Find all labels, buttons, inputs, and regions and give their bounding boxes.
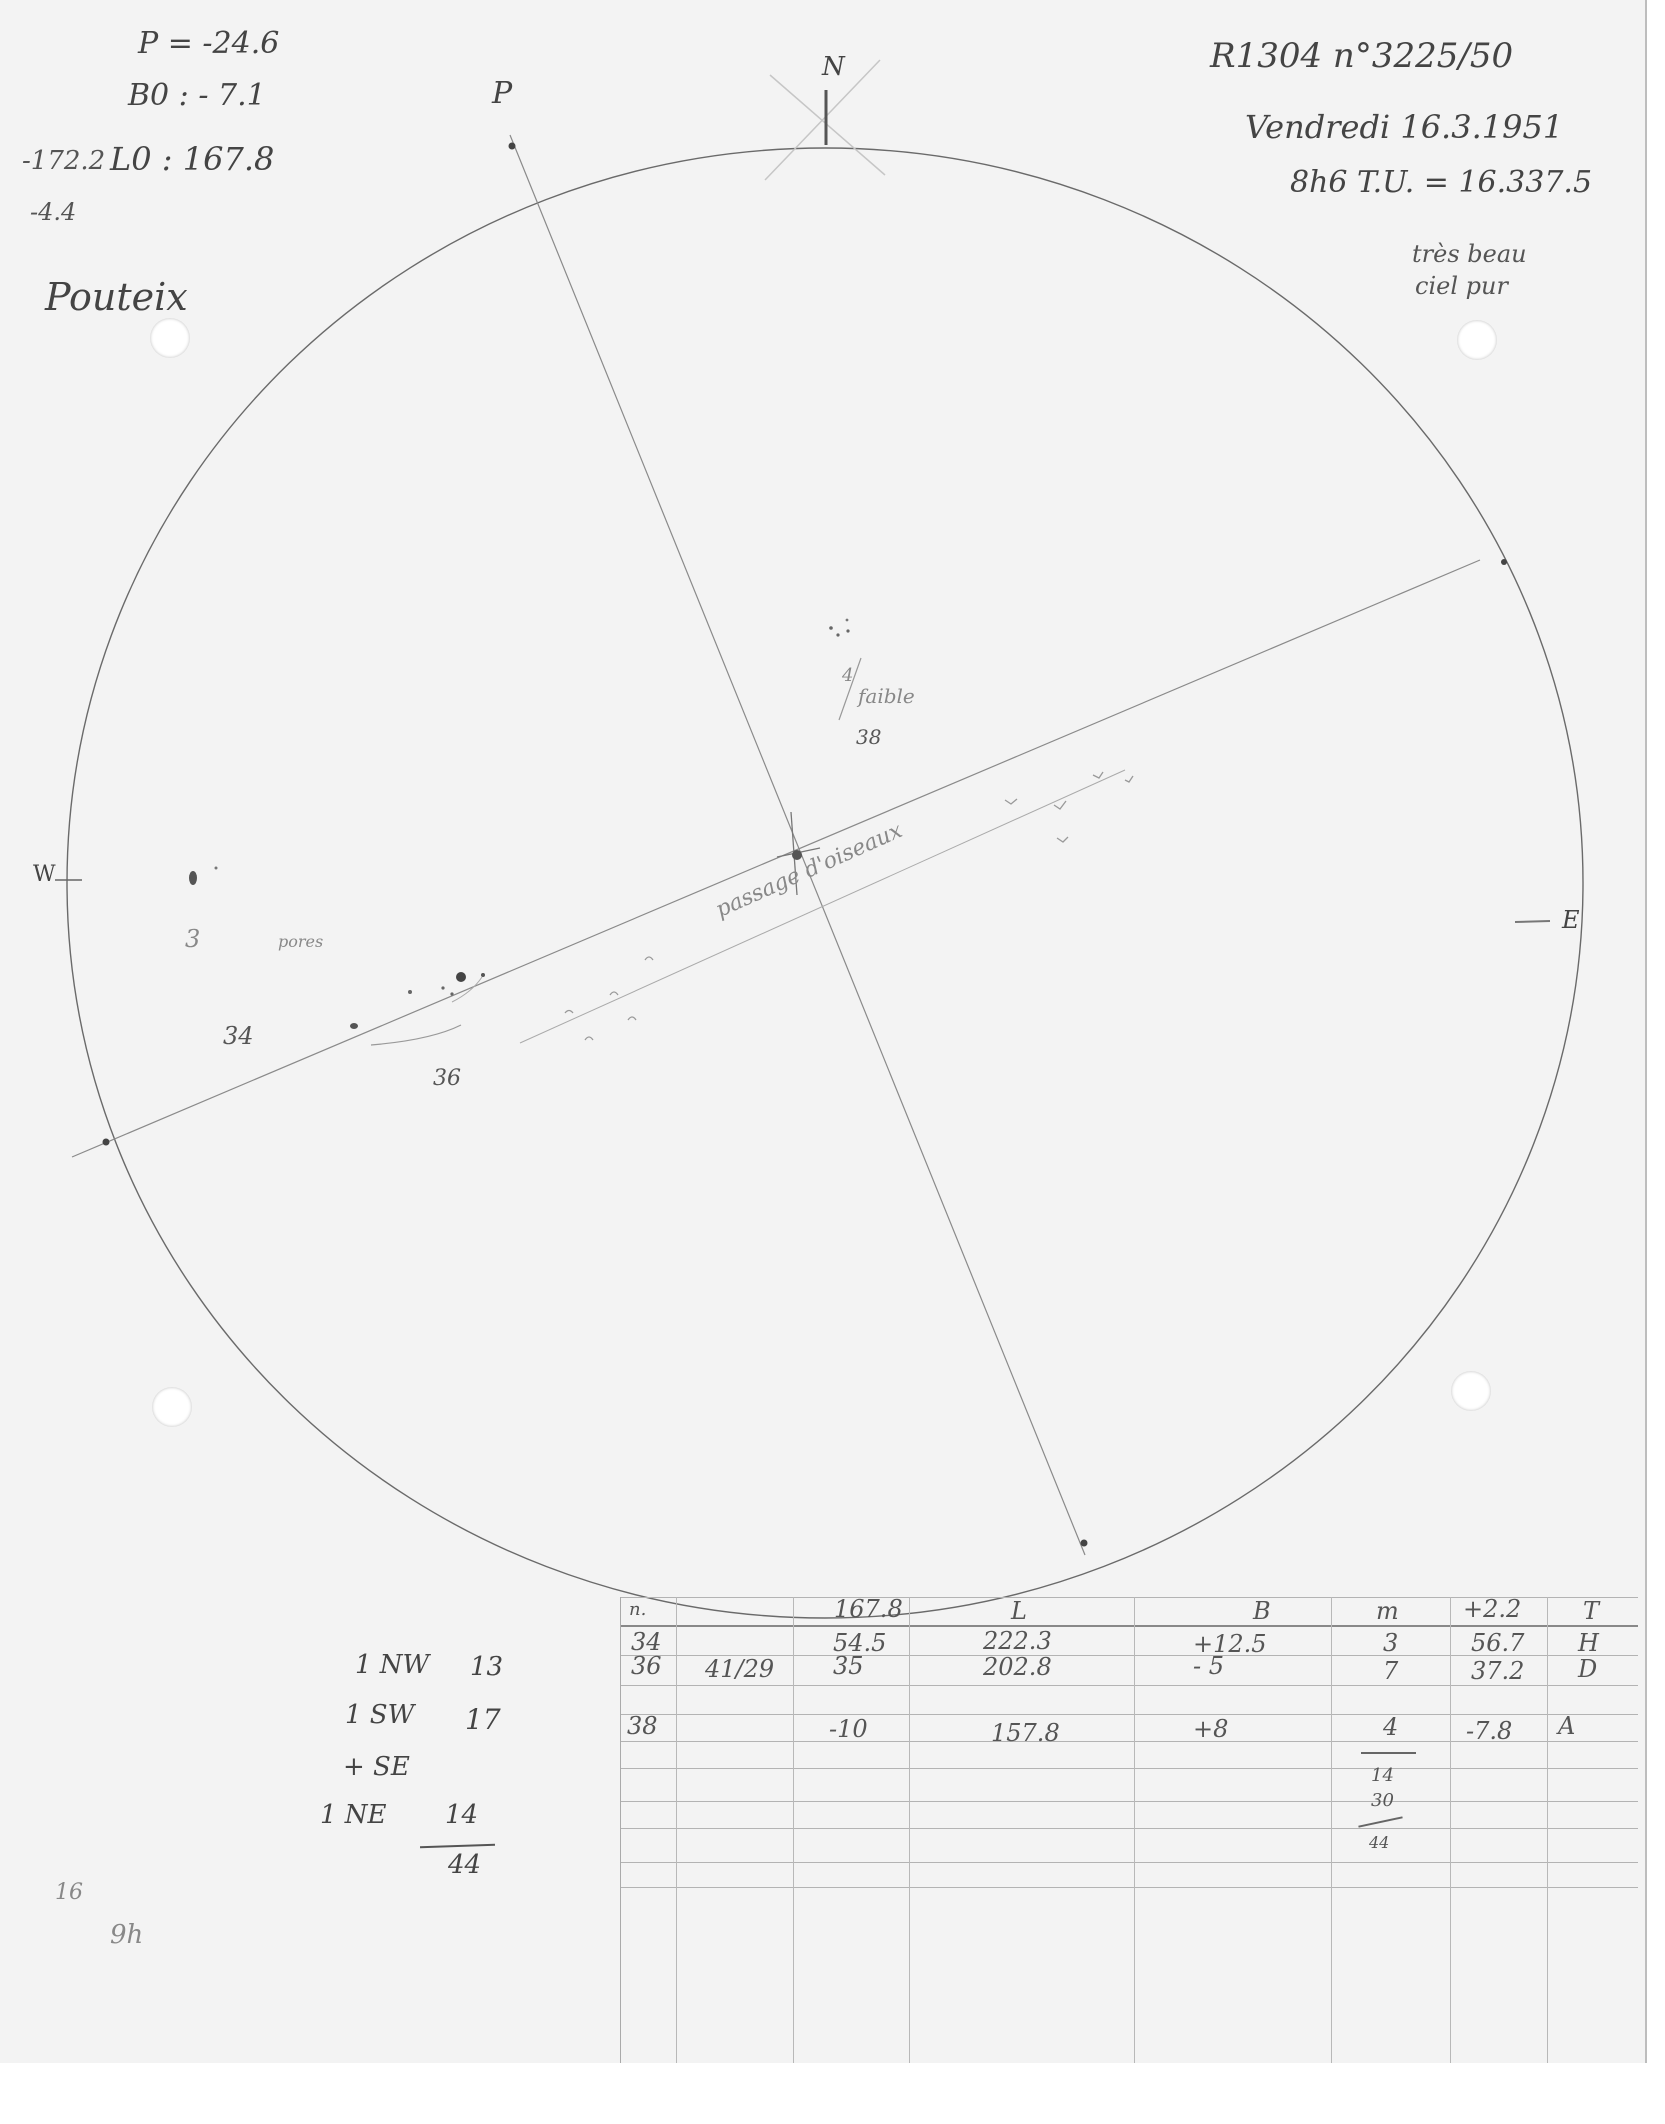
header-n: n. bbox=[629, 1599, 646, 1620]
equator-line bbox=[72, 560, 1480, 1157]
header-L: L bbox=[1011, 1597, 1027, 1625]
row-36-L: 202.8 bbox=[983, 1653, 1052, 1681]
header-f: +2.2 bbox=[1463, 1595, 1521, 1623]
header-m: m bbox=[1376, 1597, 1399, 1625]
corner-note-1: 16 bbox=[55, 1880, 83, 1905]
observer-name: Pouteix bbox=[45, 275, 188, 319]
row-38-n: 38 bbox=[627, 1712, 658, 1740]
row-36-m: 7 bbox=[1383, 1657, 1398, 1685]
m-sum-b: 30 bbox=[1371, 1790, 1394, 1811]
header-l0: 167.8 bbox=[834, 1595, 903, 1623]
north-label: N bbox=[822, 52, 845, 82]
row-36-n: 36 bbox=[631, 1652, 662, 1680]
m-sum-rule-2 bbox=[1358, 1816, 1402, 1827]
b0-value: B0 : - 7.1 bbox=[128, 78, 266, 113]
solar-disk-outline bbox=[67, 148, 1583, 1618]
east-label: E bbox=[1562, 906, 1580, 934]
row-38-m: 4 bbox=[1383, 1713, 1398, 1741]
group-38-note: faible bbox=[858, 684, 915, 708]
summary-se-label: + SE bbox=[343, 1752, 410, 1782]
observation-date: Vendredi 16.3.1951 bbox=[1245, 108, 1563, 146]
row-38-L: 157.8 bbox=[991, 1719, 1060, 1747]
punch-hole bbox=[1451, 1371, 1491, 1411]
row-38-f: -7.8 bbox=[1466, 1717, 1512, 1745]
west-label: W bbox=[33, 862, 56, 887]
row-38-B: +8 bbox=[1193, 1715, 1228, 1743]
seeing-line2: ciel pur bbox=[1415, 272, 1508, 300]
row-36-f: 37.2 bbox=[1471, 1657, 1524, 1685]
group-34-note: pores bbox=[278, 932, 323, 951]
observation-table: n. 167.8 L B m +2.2 T 34 54.5 222.3 +12.… bbox=[620, 1597, 1638, 2063]
summary-sw-value: 17 bbox=[465, 1703, 501, 1736]
observation-sheet: P = -24.6 B0 : - 7.1 -172.2 L0 : 167.8 -… bbox=[0, 0, 1647, 2063]
punch-hole bbox=[152, 1387, 192, 1427]
row-34-L: 222.3 bbox=[983, 1627, 1052, 1655]
row-38-T: A bbox=[1558, 1712, 1575, 1740]
group-34-number: 34 bbox=[223, 1022, 254, 1050]
row-36-T: D bbox=[1578, 1655, 1597, 1683]
pole-label: P bbox=[492, 76, 512, 111]
row-34-f: 56.7 bbox=[1471, 1629, 1524, 1657]
summary-total: 44 bbox=[448, 1850, 481, 1880]
m-sum-rule-1 bbox=[1361, 1752, 1416, 1754]
group-36-number: 36 bbox=[433, 1066, 461, 1091]
l0-value: L0 : 167.8 bbox=[110, 140, 274, 178]
row-36-B: - 5 bbox=[1193, 1652, 1224, 1680]
l0-prefix: -172.2 bbox=[22, 146, 105, 176]
summary-nw-label: 1 NW bbox=[355, 1650, 429, 1680]
group-38-count: 4 bbox=[842, 665, 853, 686]
row-34-T: H bbox=[1578, 1629, 1599, 1657]
summary-ne-value: 14 bbox=[445, 1800, 478, 1830]
group-34-count: 3 bbox=[185, 925, 200, 953]
summary-ne-label: 1 NE bbox=[320, 1800, 387, 1830]
summary-sw-label: 1 SW bbox=[345, 1700, 414, 1730]
group-38-number: 38 bbox=[856, 725, 881, 749]
punch-hole bbox=[150, 318, 190, 358]
header-T: T bbox=[1583, 1597, 1599, 1625]
corner-note-2: 9h bbox=[110, 1920, 143, 1950]
observation-time: 8h6 T.U. = 16.337.5 bbox=[1290, 165, 1592, 200]
m-sum-a: 14 bbox=[1371, 1765, 1394, 1786]
header-B: B bbox=[1253, 1597, 1271, 1625]
punch-hole bbox=[1457, 320, 1497, 360]
summary-nw-value: 13 bbox=[470, 1652, 503, 1682]
reference-number: R1304 n°3225/50 bbox=[1210, 36, 1513, 76]
m-sum-total: 44 bbox=[1369, 1833, 1389, 1852]
disk-center bbox=[792, 850, 802, 860]
seeing-line1: très beau bbox=[1412, 240, 1527, 268]
row-36-ldiff: 35 bbox=[833, 1652, 864, 1680]
row-34-m: 3 bbox=[1383, 1629, 1398, 1657]
row-36-extra: 41/29 bbox=[705, 1655, 774, 1683]
polar-axis bbox=[510, 135, 1085, 1555]
l0-diff: -4.4 bbox=[30, 198, 76, 226]
row-38-ldiff: -10 bbox=[829, 1715, 868, 1743]
p-angle: P = -24.6 bbox=[138, 26, 279, 61]
